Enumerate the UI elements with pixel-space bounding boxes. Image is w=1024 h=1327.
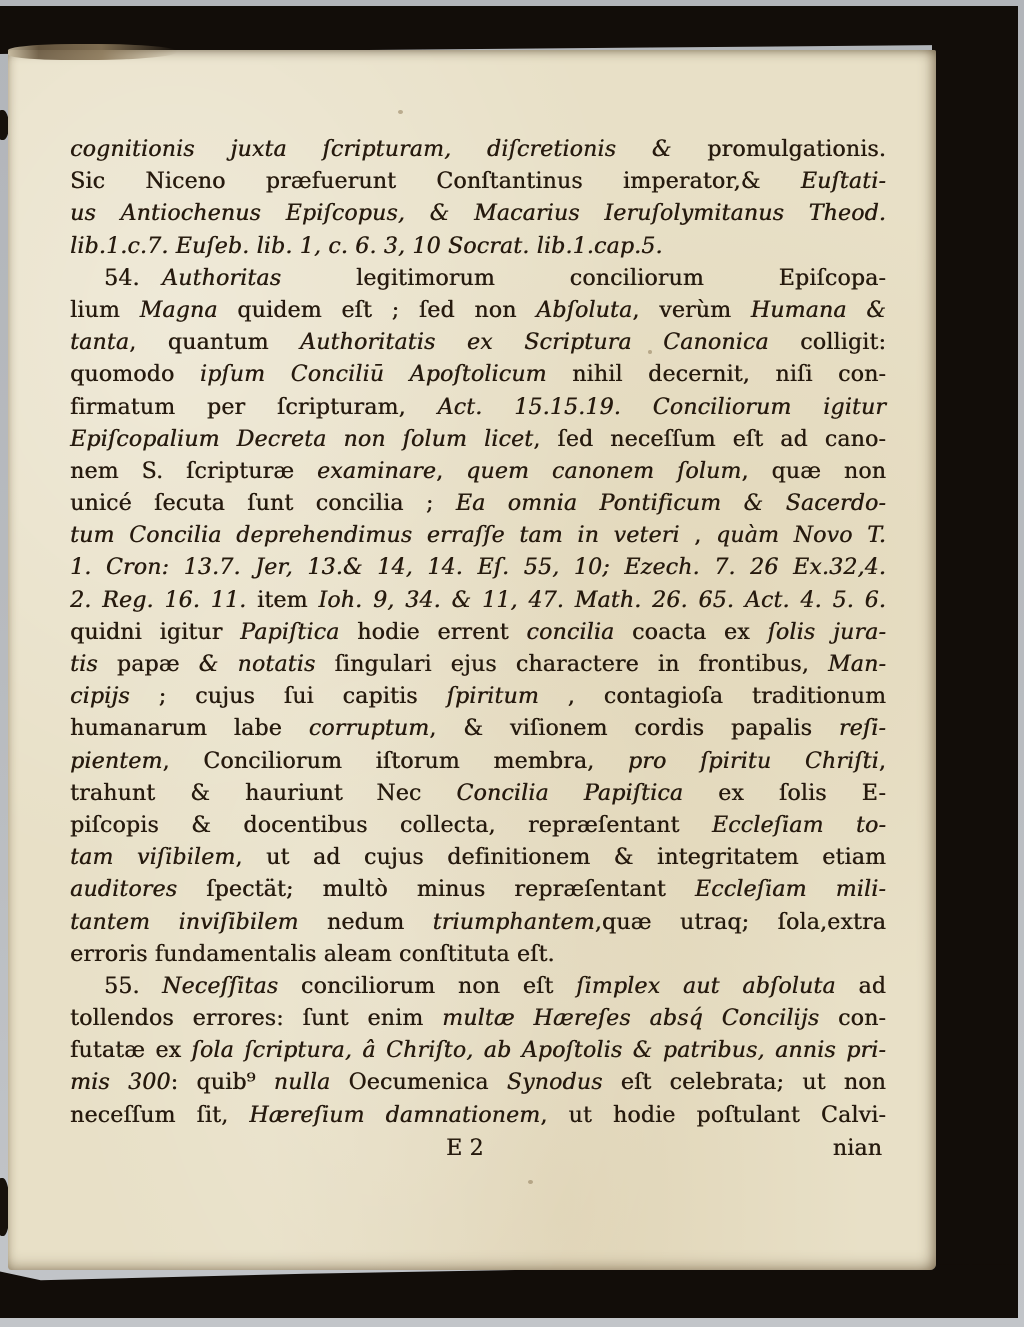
italic-text-segment: Hæreſium damnationem bbox=[249, 1103, 540, 1128]
page-text: cognitionis juxta ſcripturam, diſcretion… bbox=[70, 134, 886, 1165]
italic-text-segment: ſpiritum bbox=[447, 684, 539, 709]
text-line: tanta, quantum Authoritatis ex Scriptura… bbox=[70, 327, 886, 359]
italic-text-segment: corruptum bbox=[309, 716, 430, 741]
roman-text-segment: quidem eſt ; ſed non bbox=[218, 298, 537, 323]
roman-text-segment: 55. bbox=[104, 974, 162, 999]
text-line: tam viſibilem, ut ad cujus definitionem … bbox=[70, 842, 886, 874]
roman-text-segment: item bbox=[246, 588, 318, 613]
roman-text-segment: con- bbox=[819, 1006, 886, 1031]
italic-text-segment: tantem inviſibilem bbox=[70, 910, 299, 935]
roman-text-segment: neceſſum ſit, bbox=[70, 1103, 249, 1128]
italic-text-segment: reſi- bbox=[839, 716, 886, 741]
roman-text-segment: , contagioſa traditionum bbox=[539, 684, 886, 709]
roman-text-segment: nedum bbox=[299, 910, 433, 935]
text-line: Epiſcopalium Decreta non ſolum licet, ſe… bbox=[70, 424, 886, 456]
text-line: erroris fundamentalis aleam conſtituta e… bbox=[70, 939, 886, 971]
italic-text-segment: triumphantem bbox=[433, 910, 595, 935]
italic-text-segment: lib.1.c.7. Euſeb. lib. 1, c. 6. 3, 10 So… bbox=[70, 234, 663, 259]
italic-text-segment: Abſoluta bbox=[536, 298, 632, 323]
roman-text-segment: tollendos errores: ſunt enim bbox=[70, 1006, 442, 1031]
italic-text-segment: cipijs bbox=[70, 684, 130, 709]
roman-text-segment: nem S. ſcripturæ bbox=[70, 459, 317, 484]
roman-text-segment: , quantum bbox=[129, 330, 300, 355]
roman-text-segment: , verùm bbox=[632, 298, 750, 323]
roman-text-segment: eſt celebrata; ut non bbox=[603, 1070, 886, 1095]
text-line: piſcopis & docentibus collecta, repræſen… bbox=[70, 810, 886, 842]
text-line: cipijs ; cujus ſui capitis ſpiritum , co… bbox=[70, 681, 886, 713]
italic-text-segment: quem canonem ſolum bbox=[466, 459, 741, 484]
italic-text-segment: 2. Reg. 16. 11. bbox=[70, 588, 246, 613]
text-line: tantem inviſibilem nedum triumphantem,qu… bbox=[70, 907, 886, 939]
italic-text-segment: us Antiochenus Epiſcopus, & Macarius Ier… bbox=[70, 201, 886, 226]
roman-text-segment: coacta ex bbox=[614, 620, 767, 645]
italic-text-segment: tis bbox=[70, 652, 98, 677]
roman-text-segment: , bbox=[680, 523, 716, 548]
italic-text-segment: quàm Novo T. bbox=[716, 523, 886, 548]
text-line: Sic Niceno præfuerunt Conſtantinus imper… bbox=[70, 166, 886, 198]
roman-text-segment: ſingulari ejus charactere in frontibus, bbox=[315, 652, 828, 677]
italic-text-segment: pro ſpiritu Chriſti bbox=[628, 749, 879, 774]
roman-text-segment: erroris fundamentalis aleam conſtituta e… bbox=[70, 942, 555, 967]
text-line: lib.1.c.7. Euſeb. lib. 1, c. 6. 3, 10 So… bbox=[70, 231, 886, 263]
book-cover-right-band bbox=[932, 6, 1018, 1318]
text-line: nem S. ſcripturæ examinare, quem canonem… bbox=[70, 456, 886, 488]
roman-text-segment: hodie errent bbox=[339, 620, 526, 645]
italic-text-segment: mis 300 bbox=[70, 1070, 171, 1095]
roman-text-segment: trahunt & hauriunt Nec bbox=[70, 781, 456, 806]
text-line: trahunt & hauriunt Nec Concilia Papiſtic… bbox=[70, 778, 886, 810]
italic-text-segment: 1. Cron: 13.7. Jer, 13.& 14, 14. Eſ. 55,… bbox=[70, 555, 886, 580]
text-line: 2. Reg. 16. 11. item Ioh. 9, 34. & 11, 4… bbox=[70, 585, 886, 617]
italic-text-segment: ſola ſcriptura, â Chriſto, ab Apoſtolis … bbox=[192, 1038, 886, 1063]
italic-text-segment: Epiſcopalium Decreta non ſolum licet bbox=[70, 427, 533, 452]
italic-text-segment: auditores bbox=[70, 877, 177, 902]
italic-text-segment: examinare bbox=[317, 459, 436, 484]
italic-text-segment: ſimplex aut abſoluta bbox=[576, 974, 836, 999]
italic-text-segment: Act. 15.15.19. Conciliorum igitur bbox=[438, 395, 887, 420]
text-line: pientem, Conciliorum iſtorum membra, pro… bbox=[70, 746, 886, 778]
italic-text-segment: Humana & bbox=[751, 298, 886, 323]
text-line: mis 300: quib⁹ nulla Oecumenica Synodus … bbox=[70, 1067, 886, 1099]
text-line: us Antiochenus Epiſcopus, & Macarius Ier… bbox=[70, 198, 886, 230]
roman-text-segment: , ut ad cujus definitionem & integritate… bbox=[235, 845, 886, 870]
roman-text-segment: Oecumenica bbox=[330, 1070, 506, 1095]
roman-text-segment: ſpectät; multò minus repræſentant bbox=[177, 877, 695, 902]
text-line: unicé ſecuta ſunt concilia ; Ea omnia Po… bbox=[70, 488, 886, 520]
italic-text-segment: pientem bbox=[70, 749, 162, 774]
italic-text-segment: ipſum Conciliū Apoſtolicum bbox=[200, 362, 547, 387]
text-line: cognitionis juxta ſcripturam, diſcretion… bbox=[70, 134, 886, 166]
italic-text-segment: Papiſtica bbox=[240, 620, 339, 645]
italic-text-segment: & notatis bbox=[199, 652, 316, 677]
roman-text-segment: futatæ ex bbox=[70, 1038, 192, 1063]
roman-text-segment: legitimorum conciliorum Epiſcopa- bbox=[281, 266, 886, 291]
roman-text-segment: firmatum per ſcripturam, bbox=[70, 395, 438, 420]
italic-text-segment: Authoritas bbox=[162, 266, 281, 291]
text-line: tis papæ & notatis ſingulari ejus charac… bbox=[70, 649, 886, 681]
italic-text-segment: tum Concilia deprehendimus erraſſe tam i… bbox=[70, 523, 680, 548]
roman-text-segment: , & viſionem cordis papalis bbox=[429, 716, 839, 741]
roman-text-segment: ad bbox=[836, 974, 886, 999]
signature-mark: E 2 bbox=[446, 1133, 484, 1165]
roman-text-segment: quomodo bbox=[70, 362, 200, 387]
roman-text-segment: Sic Niceno præfuerunt Conſtantinus imper… bbox=[70, 169, 801, 194]
roman-text-segment: conciliorum non eſt bbox=[278, 974, 576, 999]
roman-text-segment: unicé ſecuta ſunt concilia ; bbox=[70, 491, 456, 516]
text-line: futatæ ex ſola ſcriptura, â Chriſto, ab … bbox=[70, 1035, 886, 1067]
roman-text-segment: ; cujus ſui capitis bbox=[130, 684, 447, 709]
text-line: lium Magna quidem eſt ; ſed non Abſoluta… bbox=[70, 295, 886, 327]
roman-text-segment: colligit: bbox=[769, 330, 886, 355]
roman-text-segment: quidni igitur bbox=[70, 620, 240, 645]
paper-speck bbox=[528, 1180, 533, 1184]
text-line: tum Concilia deprehendimus erraſſe tam i… bbox=[70, 520, 886, 552]
italic-text-segment: Eccleſiam to- bbox=[712, 813, 886, 838]
italic-text-segment: Neceſſitas bbox=[162, 974, 278, 999]
roman-text-segment: , quæ non bbox=[741, 459, 886, 484]
text-line: 54. Authoritas legitimorum conciliorum E… bbox=[70, 263, 886, 295]
roman-text-segment: ex ſolis E- bbox=[683, 781, 886, 806]
roman-text-segment: , ſed neceſſum eſt ad cano- bbox=[533, 427, 886, 452]
italic-text-segment: Ioh. 9, 34. & 11, 47. Math. 26. 65. Act.… bbox=[318, 588, 886, 613]
italic-text-segment: Euſtati- bbox=[801, 169, 886, 194]
italic-text-segment: tam viſibilem bbox=[70, 845, 235, 870]
roman-text-segment: humanarum labe bbox=[70, 716, 309, 741]
italic-text-segment: Concilia Papiſtica bbox=[456, 781, 683, 806]
text-line: humanarum labe corruptum, & viſionem cor… bbox=[70, 713, 886, 745]
roman-text-segment: ,quæ utraq; ſola,extra bbox=[595, 910, 886, 935]
roman-text-segment: , bbox=[879, 749, 886, 774]
roman-text-segment: promulgationis. bbox=[707, 137, 886, 162]
roman-text-segment: nihil decernit, niſi con- bbox=[547, 362, 886, 387]
text-line: quomodo ipſum Conciliū Apoſtolicum nihil… bbox=[70, 359, 886, 391]
italic-text-segment: Ea omnia Pontificum & Sacerdo- bbox=[456, 491, 886, 516]
text-line: tollendos errores: ſunt enim multæ Hæreſ… bbox=[70, 1003, 886, 1035]
text-line: 55. Neceſſitas conciliorum non eſt ſimpl… bbox=[70, 971, 886, 1003]
roman-text-segment: papæ bbox=[98, 652, 199, 677]
italic-text-segment: tanta bbox=[70, 330, 129, 355]
italic-text-segment: Man- bbox=[828, 652, 886, 677]
italic-text-segment: Magna bbox=[140, 298, 218, 323]
text-line: firmatum per ſcripturam, Act. 15.15.19. … bbox=[70, 392, 886, 424]
roman-text-segment: : quib⁹ bbox=[171, 1070, 274, 1095]
roman-text-segment: , ut hodie poſtulant Calvi- bbox=[540, 1103, 886, 1128]
signature-row: E 2 nian bbox=[70, 1133, 886, 1165]
italic-text-segment: nulla bbox=[274, 1070, 331, 1095]
roman-text-segment: lium bbox=[70, 298, 140, 323]
text-line: quidni igitur Papiſtica hodie errent con… bbox=[70, 617, 886, 649]
paper-speck bbox=[398, 110, 403, 114]
roman-text-segment: , Conciliorum iſtorum membra, bbox=[162, 749, 627, 774]
roman-text-segment: piſcopis & docentibus collecta, repræſen… bbox=[70, 813, 712, 838]
catchword: nian bbox=[833, 1133, 882, 1165]
italic-text-segment: concilia bbox=[526, 620, 614, 645]
italic-text-segment: cognitionis juxta ſcripturam, diſcretion… bbox=[70, 137, 707, 162]
italic-text-segment: Eccleſiam mili- bbox=[695, 877, 886, 902]
text-line: auditores ſpectät; multò minus repræſent… bbox=[70, 874, 886, 906]
italic-text-segment: multæ Hæreſes absq́ Concilijs bbox=[442, 1006, 819, 1031]
italic-text-segment: ſolis jura- bbox=[767, 620, 886, 645]
roman-text-segment: , bbox=[436, 459, 466, 484]
italic-text-segment: Synodus bbox=[507, 1070, 603, 1095]
text-line: 1. Cron: 13.7. Jer, 13.& 14, 14. Eſ. 55,… bbox=[70, 552, 886, 584]
italic-text-segment: Authoritatis ex Scriptura Canonica bbox=[300, 330, 769, 355]
text-line: neceſſum ſit, Hæreſium damnationem, ut h… bbox=[70, 1100, 886, 1132]
roman-text-segment: 54. bbox=[104, 266, 162, 291]
